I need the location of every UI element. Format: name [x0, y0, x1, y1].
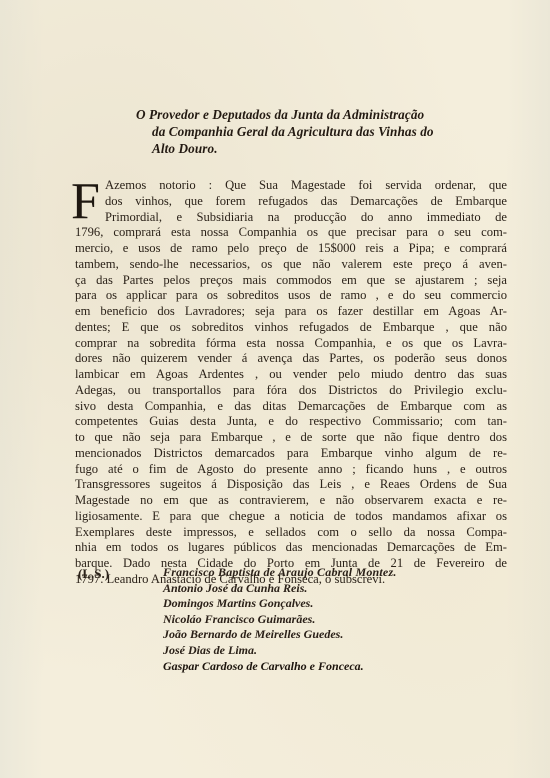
body-line: Azemos notorio : Que Sua Magestade foi s…: [75, 178, 507, 194]
body-line: mercio, e usos de ramo pelo preço de 15$…: [75, 241, 507, 257]
signature-list: Francisco Baptista de Araujo Cabral Mont…: [163, 565, 397, 674]
signature: Nicoláo Francisco Guimarães.: [163, 612, 397, 628]
document-page: O Provedor e Deputados da Junta da Admin…: [0, 0, 550, 778]
signature: João Bernardo de Meirelles Guedes.: [163, 627, 397, 643]
signature: Domingos Martins Gonçalves.: [163, 596, 397, 612]
body-line: Transgressores sugeitos á Disposição das…: [75, 477, 507, 493]
body-line: em beneficio dos Lavradores; seja para o…: [75, 304, 507, 320]
body-line: Adegas, ou transportallos para fóra dos …: [75, 383, 507, 399]
body-line: 1796, comprará esta nossa Companhia os q…: [75, 225, 507, 241]
document-body: Azemos notorio : Que Sua Magestade foi s…: [75, 178, 507, 588]
body-line: nhia em todos os lugares públicos das me…: [75, 540, 507, 556]
signature: Gaspar Cardoso de Carvalho e Fonceca.: [163, 659, 397, 675]
body-line: para os applicar para os sobreditos usos…: [75, 288, 507, 304]
body-line: competentes Guias desta Junta, e do resp…: [75, 414, 507, 430]
heading-line: Alto Douro.: [136, 140, 506, 157]
body-line: Magestade no em que as contravierem, e n…: [75, 493, 507, 509]
heading-line: O Provedor e Deputados da Junta da Admin…: [136, 106, 506, 123]
body-line: ça das Partes pelos preços mais commodos…: [75, 273, 507, 289]
signature: Antonio José da Cunha Reis.: [163, 581, 397, 597]
body-line: ligiosamente. E para que chegue a notici…: [75, 509, 507, 525]
body-line: fugo até o fim de Agosto do presente ann…: [75, 462, 507, 478]
heading-line: da Companhia Geral da Agricultura das Vi…: [136, 123, 506, 140]
body-line: mencionados Districtos demarcados para E…: [75, 446, 507, 462]
body-line: dentes; E que os sobreditos vinhos refug…: [75, 320, 507, 336]
body-line: lambicar em Agoas Ardentes , ou vender p…: [75, 367, 507, 383]
body-line: dos vinhos, que forem refugados das Dema…: [75, 194, 507, 210]
body-line: dores não quizerem vender á avença das P…: [75, 351, 507, 367]
body-line: Exemplares deste impressos, e sellados c…: [75, 525, 507, 541]
signature: José Dias de Lima.: [163, 643, 397, 659]
document-heading: O Provedor e Deputados da Junta da Admin…: [136, 106, 506, 157]
body-line: comprar na sobredita fórma esta nossa Co…: [75, 336, 507, 352]
body-line: to que não seja para Embarque , e de sor…: [75, 430, 507, 446]
signature: Francisco Baptista de Araujo Cabral Mont…: [163, 565, 397, 581]
body-line: sivo desta Companhia, e das ditas Demarc…: [75, 399, 507, 415]
seal-mark: (L.S.): [78, 566, 109, 582]
body-line: Primordial, e Subsidiaria na producção d…: [75, 210, 507, 226]
body-line: tambem, sendo-lhe necessarios, os que nã…: [75, 257, 507, 273]
